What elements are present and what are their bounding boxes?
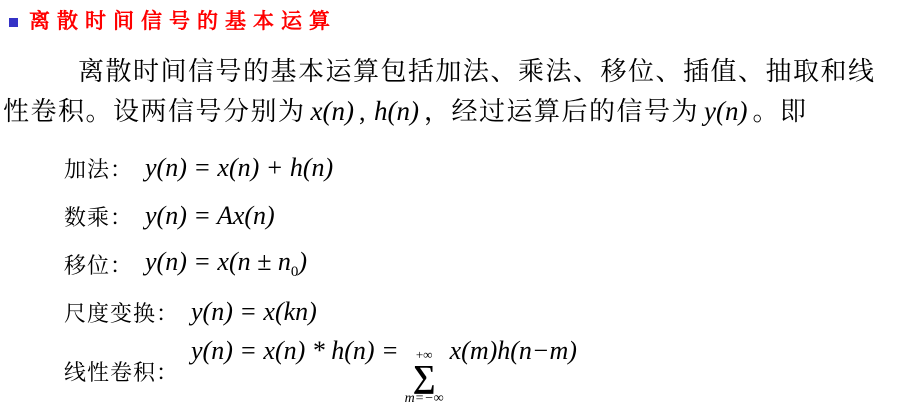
math-comma: , [359,97,367,126]
formula-row-shift: 移位： y(n) = x(n ± n0) [64,240,909,288]
summation-symbol: +∞∑m=−∞ [405,348,444,405]
formula-label-addition: 加法： [64,153,133,184]
paragraph-line2-mid: 经过运算后的信号为 [451,96,699,126]
paragraph-line-2: 性卷积。设两信号分别为x(n),h(n)，经过运算后的信号为y(n)。即 [3,91,905,132]
formula-list: 加法： y(n) = x(n) + h(n) 数乘： y(n) = Ax(n) … [64,144,909,406]
fullwidth-comma: ， [424,96,452,126]
title-row: 离散时间信号的基本运算 [0,0,909,34]
summation-lower-limit: m=−∞ [405,392,444,406]
formula-math-scalar-multiply: y(n) = Ax(n) [145,201,275,231]
formula-label-scaling: 尺度变换： [64,297,179,328]
formula-row-addition: 加法： y(n) = x(n) + h(n) [64,144,909,192]
slide: 离散时间信号的基本运算 离散时间信号的基本运算包括加法、乘法、移位、插值、抽取和… [0,0,909,407]
paragraph-line2-text: 性卷积。设两信号分别为 [3,96,306,126]
formula-label-shift: 移位： [64,249,133,280]
formula-math-convolution: y(n) = x(n) * h(n) =+∞∑m=−∞x(m)h(n−m) [191,336,577,405]
paragraph-line-1: 离散时间信号的基本运算包括加法、乘法、移位、插值、抽取和线 [3,51,905,91]
formula-math-addition: y(n) = x(n) + h(n) [145,153,333,183]
intro-paragraph: 离散时间信号的基本运算包括加法、乘法、移位、插值、抽取和线 性卷积。设两信号分别… [3,51,905,132]
formula-math-scaling: y(n) = x(kn) [191,297,317,327]
square-bullet-icon [9,18,18,27]
slide-title: 离散时间信号的基本运算 [29,10,337,34]
formula-label-scalar-multiply: 数乘： [64,201,133,232]
formula-row-scalar-multiply: 数乘： y(n) = Ax(n) [64,192,909,240]
paragraph-line2-end: 。即 [752,96,807,126]
formula-label-convolution: 线性卷积： [64,356,179,387]
formula-math-shift: y(n) = x(n ± n0) [145,247,307,281]
math-y-of-n: y(n) [704,96,747,126]
math-x-of-n: x(n) [311,96,354,126]
math-h-of-n: h(n) [374,96,419,126]
formula-row-convolution: 线性卷积： y(n) = x(n) * h(n) =+∞∑m=−∞x(m)h(n… [64,336,909,406]
sigma-icon: ∑ [413,361,436,391]
formula-row-scaling: 尺度变换： y(n) = x(kn) [64,288,909,336]
